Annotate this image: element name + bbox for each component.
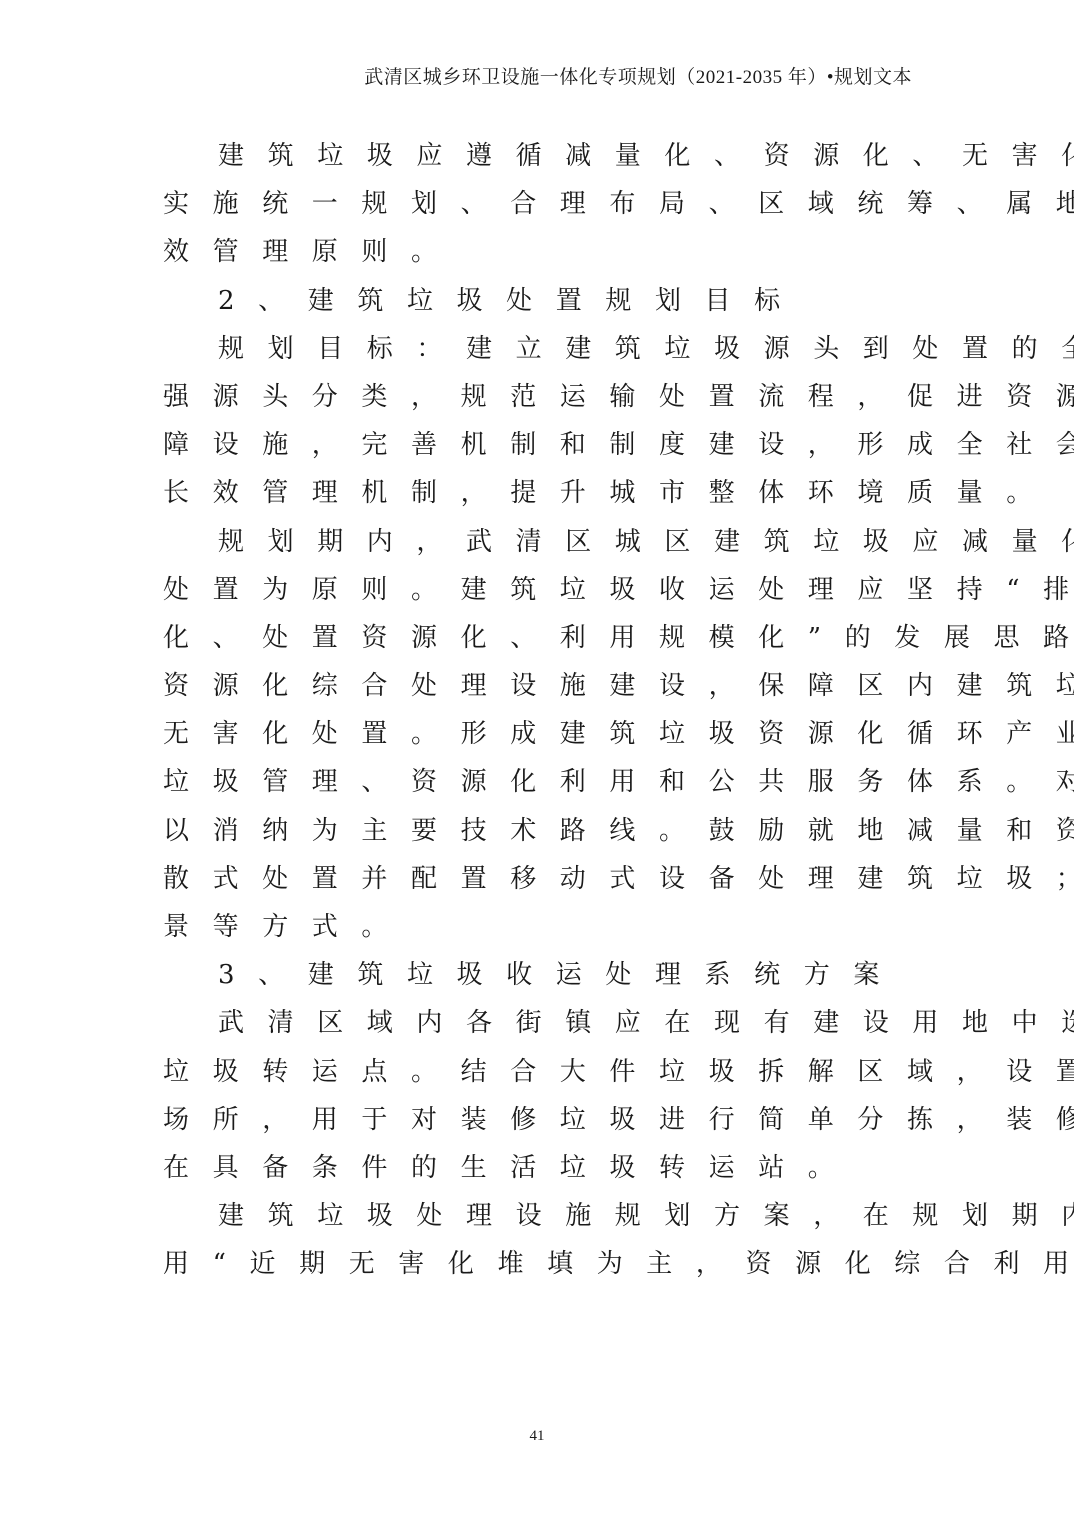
- paragraph-facility-plan: 建筑垃圾处理设施规划方案，在规划期内建筑垃圾处置，采 用“近期无害化堆填为主，资…: [163, 1192, 913, 1288]
- text-line: 资源化综合处理设施建设，保障区内建筑垃圾减量化、资源化、: [163, 662, 913, 710]
- text-line: 垃圾管理、资源化利用和公共服务体系。对不能回用的建筑垃圾: [163, 758, 913, 806]
- text-line: 化、处置资源化、利用规模化”的发展思路。同时完成建筑垃圾: [163, 614, 913, 662]
- heading-line: 3、建筑垃圾收运处理系统方案: [163, 951, 913, 999]
- text-line: 武清区域内各街镇应在现有建设用地中选址建设配套的建筑: [163, 999, 913, 1047]
- text-line: 强源头分类，规范运输处置流程，促进资源化利用，配置托底保: [163, 373, 913, 421]
- text-line: 规划期内，武清区城区建筑垃圾应减量化、资源化、无害化: [163, 518, 913, 566]
- paragraph-transfer-points: 武清区域内各街镇应在现有建设用地中选址建设配套的建筑 垃圾转运点。结合大件垃圾拆…: [163, 999, 913, 1192]
- text-line: 规划目标：建立建筑垃圾源头到处置的全过程管理体系，加: [163, 325, 913, 373]
- text-line: 景等方式。: [163, 903, 913, 951]
- heading-line: 2、建筑垃圾处置规划目标: [163, 277, 913, 325]
- paragraph-principles: 建筑垃圾应遵循减量化、资源化、无害化处置为基本原则； 实施统一规划、合理布局、区…: [163, 132, 913, 277]
- text-line: 建筑垃圾处理设施规划方案，在规划期内建筑垃圾处置，采: [163, 1192, 913, 1240]
- paragraph-planning-goals: 规划目标：建立建筑垃圾源头到处置的全过程管理体系，加 强源头分类，规范运输处置流…: [163, 325, 913, 518]
- text-line: 障设施，完善机制和制度建设，形成全社会共同参与的建筑垃圾: [163, 421, 913, 469]
- text-line: 散式处置并配置移动式设备处理建筑垃圾；利用废弃建筑材料造: [163, 855, 913, 903]
- page-number: 41: [0, 1428, 1074, 1445]
- text-line: 用“近期无害化堆填为主，资源化综合利用为辅；远期逐步实现: [163, 1240, 913, 1288]
- text-line: 无害化处置。形成建筑垃圾资源化循环产业链，建成完整的建筑: [163, 710, 913, 758]
- running-header: 武清区城乡环卫设施一体化专项规划（2021-2035 年）•规划文本: [364, 62, 912, 89]
- section-heading-3: 3、建筑垃圾收运处理系统方案: [163, 951, 913, 999]
- text-line: 处置为原则。建筑垃圾收运处理应坚持“排放减量化、运输规范: [163, 566, 913, 614]
- text-line: 实施统一规划、合理布局、区域统筹、属地管理、分类管控、长: [163, 180, 913, 228]
- text-line: 以消纳为主要技术路线。鼓励就地减量和资源化措施，如采取分: [163, 807, 913, 855]
- text-line: 长效管理机制，提升城市整体环境质量。: [163, 469, 913, 517]
- text-line: 建筑垃圾应遵循减量化、资源化、无害化处置为基本原则；: [163, 132, 913, 180]
- text-line: 在具备条件的生活垃圾转运站。: [163, 1144, 913, 1192]
- text-line: 场所，用于对装修垃圾进行简单分拣，装修垃圾中转场所可设置: [163, 1096, 913, 1144]
- section-heading-2: 2、建筑垃圾处置规划目标: [163, 277, 913, 325]
- document-body: 建筑垃圾应遵循减量化、资源化、无害化处置为基本原则； 实施统一规划、合理布局、区…: [163, 132, 913, 1289]
- paragraph-planning-period: 规划期内，武清区城区建筑垃圾应减量化、资源化、无害化 处置为原则。建筑垃圾收运处…: [163, 518, 913, 952]
- text-line: 垃圾转运点。结合大件垃圾拆解区域，设置装修垃圾的分拣中转: [163, 1048, 913, 1096]
- text-line: 效管理原则。: [163, 228, 913, 276]
